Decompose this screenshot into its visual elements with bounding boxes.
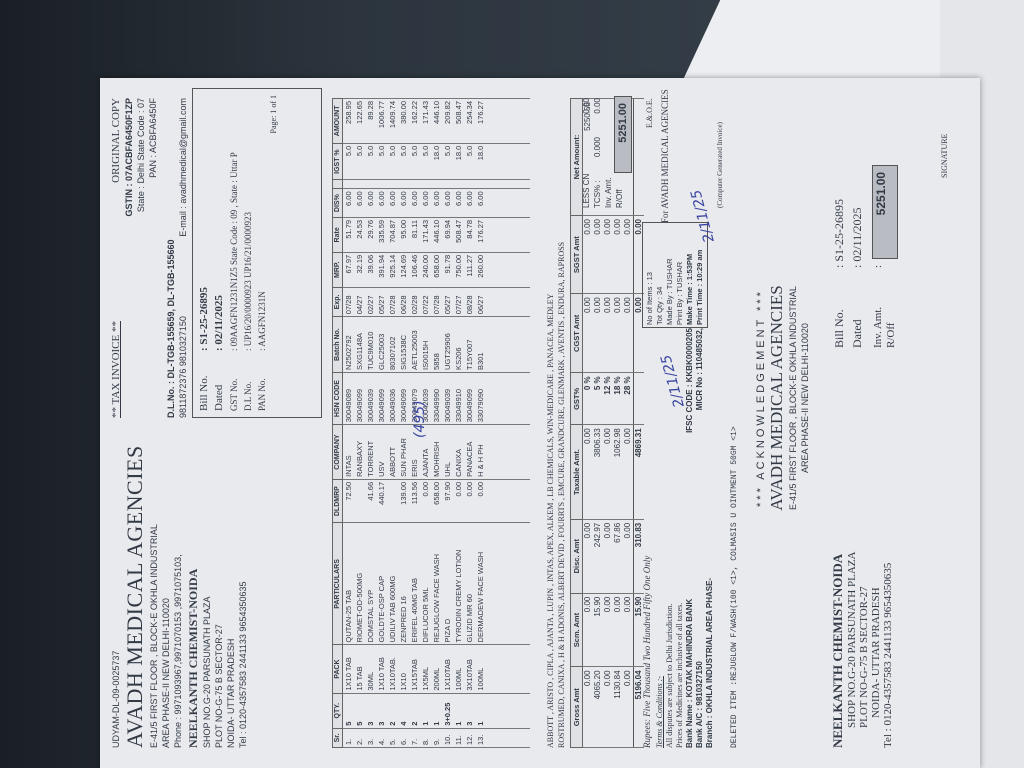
blank-cell <box>519 728 530 747</box>
item-blank <box>475 180 486 189</box>
item-name: DERMADEW FACE WASH <box>475 523 486 645</box>
item-amount: 171.43 <box>420 99 431 144</box>
item-dldmrp: 0.00 <box>464 479 475 523</box>
buyer-gst: : 09AAGFN1231N1Z5 State Code : 09 , Stat… <box>227 152 241 351</box>
blank-cell <box>497 252 508 287</box>
blank-cell <box>486 252 497 287</box>
item-pack: 15 TAB <box>354 645 365 693</box>
tax-total-gst <box>634 373 645 425</box>
item-qty: 1 <box>475 693 486 728</box>
item-gst: 5.0 <box>398 143 409 180</box>
blank-cell <box>508 728 519 747</box>
blank-cell <box>486 217 497 252</box>
blank-cell <box>519 523 530 645</box>
item-exp: 08/28 <box>464 287 475 317</box>
item-name: QUTAN-25 TAB <box>343 523 355 645</box>
item-exp: 06/27 <box>475 287 486 317</box>
page-number: Page: 1 of 1 <box>269 95 278 411</box>
tax-gst: 5 % <box>593 373 603 425</box>
item-exp: 05/27 <box>442 287 453 317</box>
bank-ifsc: IFSC CODE : KKBK0000205 <box>685 328 695 433</box>
invoice-amount-box: 5251.00 <box>614 96 632 173</box>
blank-cell <box>508 317 519 373</box>
blank-cell <box>519 479 530 523</box>
tax-header-cell: Gross Amt <box>571 667 583 748</box>
blank-cell <box>508 217 519 252</box>
item-dis: 6.00 <box>431 189 442 218</box>
item-mrp: 391.94 <box>376 252 387 287</box>
blank-cell <box>486 425 497 480</box>
item-batch: N2502792 <box>343 317 355 373</box>
item-exp: 07/27 <box>453 287 464 317</box>
tax-taxable: 1062.98 <box>613 425 623 519</box>
blank-cell <box>486 693 497 728</box>
tax-taxable: 0.00 <box>623 425 634 519</box>
item-qty: 5 <box>343 693 355 728</box>
blank-cell <box>497 523 508 645</box>
item-company: TORRENT <box>365 425 376 480</box>
bank-branch: Branch : OKHLA INDUSTRIAL AREA PHASE- <box>705 328 715 748</box>
item-name: DIFLUCOR 5ML <box>420 523 431 645</box>
blank-cell <box>508 479 519 523</box>
item-amount: 258.95 <box>343 99 355 144</box>
item-dis: 6.00 <box>442 189 453 218</box>
item-dldmrp <box>354 479 365 523</box>
ack-buyer-tel: Tel : 0120-4357583 2441133 9654350635 <box>882 508 894 748</box>
item-exp: 05/27 <box>376 287 387 317</box>
tax-scm: 0.00 <box>603 593 613 667</box>
ack-invoice-amount-box: 5251.00 <box>872 165 898 259</box>
item-name: REJUGLOW FACE WASH <box>431 523 442 645</box>
ack-bill: Bill No.: S1-25-26895 Dated: 02/11/2025 … <box>830 98 898 348</box>
item-name: GOLDTE-OSP CAP <box>376 523 387 645</box>
empty-row <box>508 99 519 748</box>
item-company: UHL <box>442 425 453 480</box>
bill-details-box: Bill No.: S1-25-26895 Dated: 02/11/2025 … <box>192 88 322 418</box>
blank-cell <box>519 189 530 218</box>
blank-cell <box>497 645 508 693</box>
item-rate: 81.11 <box>409 217 420 252</box>
item-hsn: 30049036 <box>387 372 398 424</box>
item-mrp: 750.00 <box>453 252 464 287</box>
item-qty: 1 <box>453 693 464 728</box>
table-row: 13.1100MLDERMADEW FACE WASH0.00H & H PH3… <box>475 99 486 748</box>
item-pack: 1X10 TAB <box>343 645 355 693</box>
tax-gross: 0.00 <box>583 667 594 748</box>
tax-sgst: 0.00 <box>613 216 623 294</box>
item-qty: 5 <box>354 693 365 728</box>
table-row: 2.515 TABRIOMET-OD-500MGRANBAXY30049099S… <box>354 99 365 748</box>
item-exp: 07/22 <box>420 287 431 317</box>
item-dis: 6.00 <box>409 189 420 218</box>
item-pack: 1X10TAB. <box>387 645 398 693</box>
item-gst: 18.0 <box>475 143 486 180</box>
item-mrp: 260.00 <box>475 252 486 287</box>
total-qty: Tot Qty : 34 <box>655 225 665 325</box>
tax-gross: 0.00 <box>603 667 613 748</box>
blank-cell <box>486 317 497 373</box>
item-amount: 176.27 <box>475 99 486 144</box>
tax-header-cell: Taxable Amt. <box>571 425 583 519</box>
item-pack: 1X10 TAB <box>376 645 387 693</box>
items-header-cell: PARTICULARS <box>333 523 343 645</box>
items-header-cell: Sr. <box>333 728 343 747</box>
inv-amt-label: Inv. Amt. <box>603 98 614 208</box>
blank-cell <box>519 645 530 693</box>
item-dis: 6.00 <box>420 189 431 218</box>
items-header-cell: Exp. <box>333 287 343 317</box>
item-company: ABBOTT <box>387 425 398 480</box>
item-blank <box>398 180 409 189</box>
item-batch: SXG1148A <box>354 317 365 373</box>
companies-line-2: ROSTRUMED, CANIXA , H & H ADONIS, ALBERT… <box>556 98 567 748</box>
seller-name: AVADH MEDICAL AGENCIES <box>122 418 148 748</box>
blank-cell <box>497 287 508 317</box>
blank-cell <box>508 372 519 424</box>
tax-gross: 0.00 <box>623 667 634 748</box>
item-gst: 5.0 <box>464 143 475 180</box>
item-name: ERIFEL 40MG TAB <box>409 523 420 645</box>
seller-dl: D.L.No. : DL-TGB-155659, DL-TGB-155660 <box>165 98 177 418</box>
tax-header-cell: Scm. Amt <box>571 593 583 667</box>
make-time: Make Time : 1:53PM <box>685 225 695 325</box>
item-dldmrp: 113.56 <box>409 479 420 523</box>
item-dldmrp: 658.00 <box>431 479 442 523</box>
less-cn-value: 0.00 <box>581 98 592 114</box>
seller-address-1: E-41/5 FIRST FLOOR , BLOCK-E OKHLA INDUS… <box>148 418 160 748</box>
item-pack: 100ML <box>453 645 464 693</box>
item-gst: 18.0 <box>431 143 442 180</box>
items-header-cell: MRP. <box>333 252 343 287</box>
blank-cell <box>508 523 519 645</box>
item-company: INTAS <box>343 425 355 480</box>
seller-pan: PAN : ACBFA6450F <box>147 98 159 217</box>
item-rate: 84.78 <box>464 217 475 252</box>
item-rate: 446.10 <box>431 217 442 252</box>
item-sr: 3. <box>365 728 376 747</box>
item-amount: 254.34 <box>464 99 475 144</box>
item-qty: 3 <box>365 693 376 728</box>
tax-disc: 242.97 <box>593 519 603 593</box>
buyer-pan-label: PAN No. <box>255 351 269 411</box>
item-qty: 4 <box>398 693 409 728</box>
buyer-pan: : AAGFN1231N <box>255 291 269 351</box>
buyer-gst-label: GST No. <box>227 351 241 411</box>
seller-address-2: AREA PHASE-II NEW DELHI-110020 <box>160 418 172 748</box>
item-company: CANIXA <box>453 425 464 480</box>
item-qty: 3+0.25 <box>442 693 453 728</box>
copy-label: ORIGINAL COPY <box>110 98 122 183</box>
item-dis: 6.00 <box>453 189 464 218</box>
item-batch: KS206 <box>453 317 464 373</box>
blank-cell <box>497 180 508 189</box>
item-sr: 6. <box>398 728 409 747</box>
item-batch: 80307102 <box>387 317 398 373</box>
item-company: H & H PH <box>475 425 486 480</box>
blank-cell <box>486 287 497 317</box>
items-table: Sr.QTY.PACKPARTICULARSDLDMRPCOMPANYHSN C… <box>332 98 530 748</box>
item-company: RANBAXY <box>354 425 365 480</box>
table-row: 4.31X10 TABGOLDTE-OSP CAP440.17USV300490… <box>376 99 387 748</box>
item-batch: GLC25003 <box>376 317 387 373</box>
blank-cell <box>519 317 530 373</box>
item-dis: 6.00 <box>365 189 376 218</box>
item-qty: 3 <box>464 693 475 728</box>
blank-cell <box>497 693 508 728</box>
blank-cell <box>486 99 497 144</box>
item-batch: T15Y007 <box>464 317 475 373</box>
item-mrp: 67.97 <box>343 252 355 287</box>
blank-cell <box>486 143 497 180</box>
tax-header-cell: Disc. Amt <box>571 519 583 593</box>
items-header-cell: PACK <box>333 645 343 693</box>
item-amount: 89.28 <box>365 99 376 144</box>
item-dis: 6.00 <box>387 189 398 218</box>
item-hsn: 30049099 <box>464 372 475 424</box>
item-dldmrp: 41.66 <box>365 479 376 523</box>
print-by: Print By : TUSHAR <box>675 225 685 325</box>
tax-gst: 28 % <box>623 373 634 425</box>
ack-dated: : 02/11/2025 <box>848 207 866 268</box>
blank-cell <box>497 372 508 424</box>
blank-cell <box>497 317 508 373</box>
item-pack: 200ML <box>431 645 442 693</box>
item-exp: 02/27 <box>365 287 376 317</box>
item-gst: 5.0 <box>387 143 398 180</box>
item-amount: 446.10 <box>431 99 442 144</box>
item-dldmrp: 97.90 <box>442 479 453 523</box>
terms-conditions: Terms & Conditions :- All disputes are s… <box>655 448 685 748</box>
items-header-cell: Rate <box>333 217 343 252</box>
tax-cgst: 0.00 <box>603 294 613 373</box>
bank-details: Bank Name : KOTAK MAHINDRA BANKIFSC CODE… <box>685 328 715 748</box>
item-dldmrp: 139.00 <box>398 479 409 523</box>
tax-gross: 4065.20 <box>593 667 603 748</box>
item-sr: 9. <box>431 728 442 747</box>
item-dldmrp <box>387 479 398 523</box>
item-mrp: 925.14 <box>387 252 398 287</box>
ack-address-1: E-41/5 FIRST FLOOR , BLOCK-E OKHLA INDUS… <box>787 198 799 598</box>
item-mrp: 106.46 <box>409 252 420 287</box>
item-gst: 5.0 <box>409 143 420 180</box>
item-gst: 5.0 <box>420 143 431 180</box>
item-rate: 335.59 <box>376 217 387 252</box>
blank-cell <box>519 99 530 144</box>
item-hsn: 30049039 <box>365 372 376 424</box>
blank-cell <box>497 99 508 144</box>
blank-cell <box>508 645 519 693</box>
item-name: DOMSTAL SYP <box>365 523 376 645</box>
table-row: 11.1100MLTYRODIN CREMY LOTION0.00CANIXA3… <box>453 99 464 748</box>
ack-address-2: AREA PHASE-II NEW DELHI-110020 <box>799 198 811 598</box>
items-header-cell: HSN CODE <box>333 372 343 424</box>
item-count: No of Items : 13 <box>645 225 655 325</box>
tax-scm: 0.00 <box>613 593 623 667</box>
item-amount: 380.00 <box>398 99 409 144</box>
blank-cell <box>519 252 530 287</box>
for-firm-label: For AVADH MEDICAL AGENCIES <box>660 89 670 223</box>
item-hsn: 30049099 <box>354 372 365 424</box>
item-dldmrp: 0.00 <box>475 479 486 523</box>
item-pack: 1X15TAB <box>409 645 420 693</box>
item-company: MOHRISH <box>431 425 442 480</box>
tax-cgst: 0.00 <box>623 294 634 373</box>
ack-title: *** ACKNOWLEDGEMENT *** <box>755 198 767 598</box>
item-amount: 209.82 <box>442 99 453 144</box>
ack-buyer-name: NEELKANTH CHEMIST-NOIDA <box>830 508 846 748</box>
items-header-cell: IGST % <box>333 143 343 180</box>
item-rate: 176.27 <box>475 217 486 252</box>
item-company: SUN PHAR <box>398 425 409 480</box>
blank-cell <box>486 479 497 523</box>
item-dis: 6.00 <box>398 189 409 218</box>
blank-cell <box>486 523 497 645</box>
item-hsn: 30049099 <box>376 372 387 424</box>
tcs-percent: 0.000 <box>592 137 603 157</box>
item-hsn: 30049039 <box>442 372 453 424</box>
item-company: USV <box>376 425 387 480</box>
ack-dated-label: Dated <box>848 268 866 348</box>
item-batch: AETL25003 <box>409 317 420 373</box>
item-sr: 13. <box>475 728 486 747</box>
item-mrp: 240.00 <box>420 252 431 287</box>
item-hsn: 33049990 <box>431 372 442 424</box>
handwritten-note: (495) <box>412 400 428 438</box>
item-hsn: 33049910 <box>453 372 464 424</box>
invoice-meta: No of Items : 13 Tot Qty : 34 Made By : … <box>642 222 708 328</box>
item-sr: 2. <box>354 728 365 747</box>
blank-cell <box>497 217 508 252</box>
tax-disc: 0.00 <box>583 519 594 593</box>
blank-cell <box>519 180 530 189</box>
ack-buyer-address-1: SHOP NO.G-20 PARSUNATH PLAZA <box>846 508 858 748</box>
tax-taxable: 0.00 <box>603 425 613 519</box>
item-batch: 5858 <box>431 317 442 373</box>
item-pack: 100ML <box>475 645 486 693</box>
tax-scm: 0.00 <box>583 593 594 667</box>
item-dis: 6.00 <box>343 189 355 218</box>
blank-cell <box>519 372 530 424</box>
tax-gross: 1130.84 <box>613 667 623 748</box>
items-header-cell: QTY. <box>333 693 343 728</box>
blank-cell <box>497 425 508 480</box>
table-row: 10.3+0.251X10TABPIZA D97.90UHL30049039UG… <box>442 99 453 748</box>
terms-title: Terms & Conditions :- <box>655 448 665 748</box>
empty-row <box>486 99 497 748</box>
udyam-number: UDYAM-DL-09-0025737 <box>110 418 122 748</box>
buyer-address-3: NOIDA- UTTAR PRADESH <box>225 418 237 748</box>
item-pack: 30ML <box>365 645 376 693</box>
bill-date: : 02/11/2025 <box>212 295 227 351</box>
tax-disc: 67.86 <box>613 519 623 593</box>
item-gst: 5.0 <box>442 143 453 180</box>
table-row: 6.41X10ZENPRED 16139.00SUN PHAR30049099S… <box>398 99 409 748</box>
item-blank <box>365 180 376 189</box>
less-cn-label: LESS CN <box>581 174 592 208</box>
tax-header-cell: SGST Amt <box>571 216 583 294</box>
made-by: Made By : TUSHAR <box>665 225 675 325</box>
items-header-cell: DIS% <box>333 189 343 218</box>
item-mrp: 124.69 <box>398 252 409 287</box>
item-dldmrp: 72.50 <box>343 479 355 523</box>
tax-invoice-sheet: UDYAM-DL-09-0025737 AVADH MEDICAL AGENCI… <box>100 78 980 768</box>
seller-email: E-mail : avadhmedical@gmail.com <box>177 98 189 237</box>
item-qty: 1 <box>420 693 431 728</box>
blank-cell <box>486 372 497 424</box>
tax-header-cell: GST% <box>571 373 583 425</box>
item-sr: 1. <box>343 728 355 747</box>
item-rate: 704.87 <box>387 217 398 252</box>
item-mrp: 32.19 <box>354 252 365 287</box>
tax-gst: 18 % <box>613 373 623 425</box>
item-qty: 1 <box>431 693 442 728</box>
blank-cell <box>519 693 530 728</box>
dated-label: Dated <box>212 351 227 411</box>
tax-scm: 15.90 <box>593 593 603 667</box>
blank-cell <box>486 728 497 747</box>
item-blank <box>420 180 431 189</box>
item-pack: 1X10TAB <box>442 645 453 693</box>
tax-cgst: 0.00 <box>593 294 603 373</box>
items-header-cell: DLDMRP <box>333 479 343 523</box>
item-rate: 51.79 <box>343 217 355 252</box>
blank-cell <box>497 728 508 747</box>
ack-bill-no: : S1-25-26895 <box>830 199 848 268</box>
ack-buyer-address-2: PLOT NO-G-75 B SECTOR-27 <box>858 508 870 748</box>
blank-cell <box>508 693 519 728</box>
tax-total-taxable: 4869.31 <box>634 425 645 519</box>
table-row: 5.21X10TAB.UDILIV TAB 600MGABBOTT3004903… <box>387 99 398 748</box>
seller-phone: Phone : 9971093967,9971070153 ,997107510… <box>172 418 184 748</box>
companies-list: ABBOTT , ARISTO , CIPLA , AJANTA , LUPIN… <box>545 98 567 748</box>
item-sr: 4. <box>376 728 387 747</box>
blank-cell <box>519 425 530 480</box>
item-hsn: 30049089 <box>343 372 355 424</box>
item-rate: 171.43 <box>420 217 431 252</box>
item-amount: 508.47 <box>453 99 464 144</box>
item-name: GLIZID MR 60 <box>464 523 475 645</box>
item-exp: 02/28 <box>409 287 420 317</box>
item-mrp: 91.78 <box>442 252 453 287</box>
item-blank <box>376 180 387 189</box>
item-pack: 1X10 <box>398 645 409 693</box>
blank-cell <box>519 143 530 180</box>
items-header-cell: AMOUNT <box>333 99 343 144</box>
bill-no: : S1-25-26895 <box>197 287 212 351</box>
item-sr: 10. <box>442 728 453 747</box>
item-batch: TUC9M010 <box>365 317 376 373</box>
blank-cell <box>508 252 519 287</box>
blank-cell <box>497 143 508 180</box>
item-batch: SIG1538C <box>398 317 409 373</box>
item-gst: 5.0 <box>365 143 376 180</box>
table-row: 9.1200MLREJUGLOW FACE WASH658.00MOHRISH3… <box>431 99 442 748</box>
item-sr: 8. <box>420 728 431 747</box>
item-exp: 06/28 <box>398 287 409 317</box>
item-name: UDILIV TAB 600MG <box>387 523 398 645</box>
item-gst: 5.0 <box>343 143 355 180</box>
item-dis: 6.00 <box>464 189 475 218</box>
item-dis: 6.00 <box>354 189 365 218</box>
item-mrp: 39.06 <box>365 252 376 287</box>
item-blank <box>464 180 475 189</box>
blank-cell <box>508 99 519 144</box>
tax-sgst: 0.00 <box>583 216 594 294</box>
ack-bill-no-label: Bill No. <box>830 268 848 348</box>
item-dis: 6.00 <box>376 189 387 218</box>
table-row: 12.33X10TABGLIZID MR 600.00PANACEA300490… <box>464 99 475 748</box>
amount-in-words: Rupees: Five Thousand Two Hundred Fifty … <box>642 556 652 748</box>
